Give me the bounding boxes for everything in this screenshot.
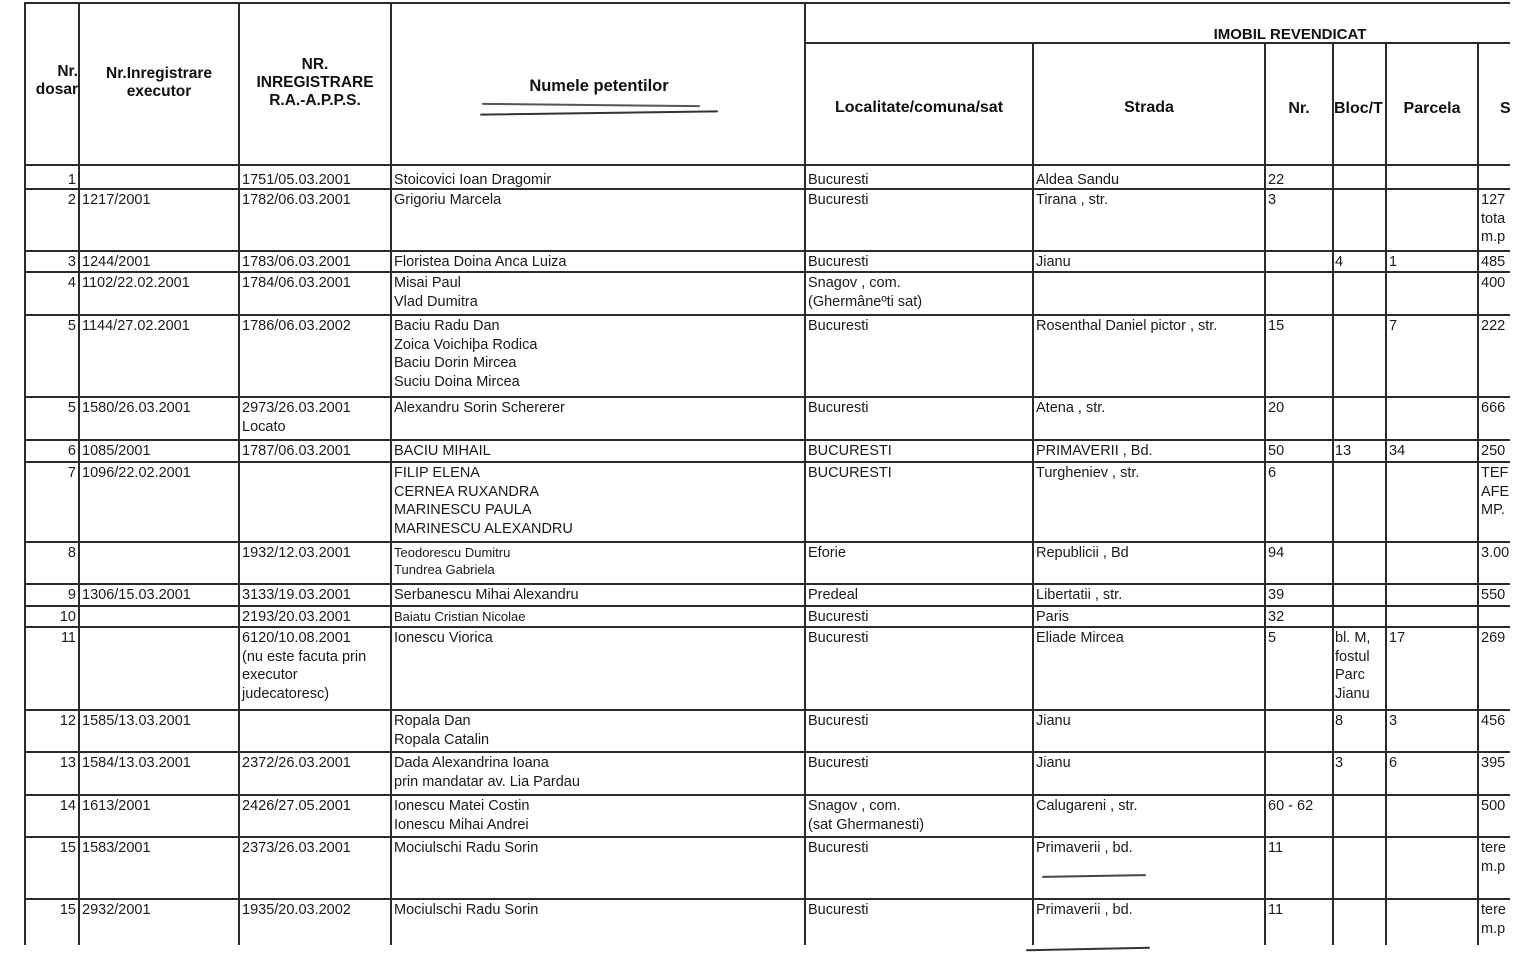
cell-dosar: 14 xyxy=(24,797,76,816)
cell-executor: 1244/2001 xyxy=(82,253,236,272)
cell-localitate: Bucuresti xyxy=(808,901,1030,920)
cell-suprafata: 3.00 xyxy=(1481,544,1519,563)
cell-ra: 2372/26.03.2001 xyxy=(242,754,390,773)
cell-strada: Paris xyxy=(1036,608,1264,627)
cell-petenti: Baciu Radu Dan Zoica Voichiþa Rodica Bac… xyxy=(394,317,802,391)
row-divider xyxy=(24,794,1510,796)
column-divider xyxy=(1032,42,1034,945)
pen-underline xyxy=(482,103,700,107)
cell-suprafata: 127 tota m.p xyxy=(1481,191,1519,247)
cell-strada: Republicii , Bd xyxy=(1036,544,1264,563)
cell-ra: 1787/06.03.2001 xyxy=(242,442,390,461)
header-parcela: Parcela xyxy=(1388,100,1476,118)
cell-suprafata: 456 xyxy=(1481,712,1519,731)
cell-petenti: Stoicovici Ioan Dragomir xyxy=(394,171,802,190)
cell-bloc: 8 xyxy=(1335,712,1385,731)
column-divider xyxy=(1332,42,1334,945)
row-divider xyxy=(24,836,1510,838)
cell-dosar: 3 xyxy=(24,253,76,272)
cell-parcela: 6 xyxy=(1389,754,1475,773)
cell-petenti: Baiatu Cristian Nicolae xyxy=(394,608,802,625)
cell-localitate: Bucuresti xyxy=(808,317,1030,336)
cell-dosar: 12 xyxy=(24,712,76,731)
header-nr-inregistrare-executor: Nr.Inregistrare executor xyxy=(80,65,238,101)
cell-executor: 1096/22.02.2001 xyxy=(82,464,236,483)
cell-strada: Jianu xyxy=(1036,754,1264,773)
cell-petenti: Grigoriu Marcela xyxy=(394,191,802,210)
cell-localitate: Bucuresti xyxy=(808,712,1030,731)
cell-nr: 94 xyxy=(1268,544,1332,563)
cell-localitate: Snagov , com. (Ghermâneºti sat) xyxy=(808,274,1030,311)
column-divider xyxy=(78,2,80,945)
cell-localitate: Bucuresti xyxy=(808,399,1030,418)
cell-petenti: Dada Alexandrina Ioana prin mandatar av.… xyxy=(394,754,802,791)
row-divider xyxy=(24,250,1510,252)
cell-localitate: Bucuresti xyxy=(808,754,1030,773)
cell-nr: 11 xyxy=(1268,901,1332,920)
cell-localitate: BUCURESTI xyxy=(808,442,1030,461)
cell-petenti: Ionescu Matei Costin Ionescu Mihai Andre… xyxy=(394,797,802,834)
row-divider xyxy=(24,605,1510,607)
cell-localitate: BUCURESTI xyxy=(808,464,1030,483)
cell-localitate: Bucuresti xyxy=(808,839,1030,858)
row-divider xyxy=(24,2,1510,4)
column-divider xyxy=(1264,42,1266,945)
cell-executor: 2932/2001 xyxy=(82,901,236,920)
cell-strada: Aldea Sandu xyxy=(1036,171,1264,190)
cell-dosar: 15 xyxy=(24,901,76,920)
cell-ra: 2373/26.03.2001 xyxy=(242,839,390,858)
cell-petenti: Ionescu Viorica xyxy=(394,629,802,648)
cell-suprafata: 666 xyxy=(1481,399,1519,418)
cell-ra: 1932/12.03.2001 xyxy=(242,544,390,563)
column-divider xyxy=(1385,42,1387,945)
row-divider xyxy=(24,164,1510,166)
cell-ra: 6120/10.08.2001 (nu este facuta prin exe… xyxy=(242,629,390,703)
cell-nr: 60 - 62 xyxy=(1268,797,1332,816)
cell-localitate: Eforie xyxy=(808,544,1030,563)
column-divider xyxy=(1477,42,1479,945)
header-numele-petentilor: Numele petentilor xyxy=(394,77,804,95)
cell-executor: 1102/22.02.2001 xyxy=(82,274,236,293)
cell-dosar: 13 xyxy=(24,754,76,773)
cell-executor: 1580/26.03.2001 xyxy=(82,399,236,418)
cell-dosar: 5 xyxy=(24,399,76,418)
cell-strada: Primaverii , bd. xyxy=(1036,839,1264,858)
row-divider xyxy=(24,898,1510,900)
cell-strada: Eliade Mircea xyxy=(1036,629,1264,648)
cell-dosar: 7 xyxy=(24,464,76,483)
cell-petenti: Mociulschi Radu Sorin xyxy=(394,839,802,858)
cell-nr: 32 xyxy=(1268,608,1332,627)
cell-strada: Libertatii , str. xyxy=(1036,586,1264,605)
cell-suprafata: 250 xyxy=(1481,442,1519,461)
column-divider xyxy=(804,2,806,945)
cell-suprafata: 400 xyxy=(1481,274,1519,293)
cell-parcela: 7 xyxy=(1389,317,1475,336)
header-nr: Nr. xyxy=(1266,100,1332,118)
row-divider xyxy=(24,541,1510,543)
pen-underline xyxy=(480,110,718,115)
cell-dosar: 2 xyxy=(24,191,76,210)
cell-bloc: 13 xyxy=(1335,442,1385,461)
cell-dosar: 1 xyxy=(24,171,76,190)
cell-nr: 3 xyxy=(1268,191,1332,210)
cell-bloc: 3 xyxy=(1335,754,1385,773)
row-divider xyxy=(24,461,1510,463)
cell-ra: 1786/06.03.2002 xyxy=(242,317,390,336)
cell-strada: PRIMAVERII , Bd. xyxy=(1036,442,1264,461)
cell-suprafata: 550 xyxy=(1481,586,1519,605)
cell-executor: 1613/2001 xyxy=(82,797,236,816)
cell-nr: 11 xyxy=(1268,839,1332,858)
cell-bloc: 4 xyxy=(1335,253,1385,272)
cell-dosar: 8 xyxy=(24,544,76,563)
cell-ra: 1751/05.03.2001 xyxy=(242,171,390,190)
cell-ra: 2426/27.05.2001 xyxy=(242,797,390,816)
header-nr-dosar: Nr. dosar xyxy=(26,63,78,99)
cell-petenti: Alexandru Sorin Schererer xyxy=(394,399,802,418)
cell-petenti: Ropala Dan Ropala Catalin xyxy=(394,712,802,749)
cell-executor: 1306/15.03.2001 xyxy=(82,586,236,605)
cell-suprafata: 485 xyxy=(1481,253,1519,272)
cell-localitate: Bucuresti xyxy=(808,253,1030,272)
cell-petenti: Serbanescu Mihai Alexandru xyxy=(394,586,802,605)
cell-ra: 3133/19.03.2001 xyxy=(242,586,390,605)
row-divider xyxy=(24,751,1510,753)
cell-strada: Turgheniev , str. xyxy=(1036,464,1264,483)
cell-strada: Primaverii , bd. xyxy=(1036,901,1264,920)
cell-strada: Jianu xyxy=(1036,712,1264,731)
cell-executor: 1583/2001 xyxy=(82,839,236,858)
cell-dosar: 4 xyxy=(24,274,76,293)
cell-executor: 1217/2001 xyxy=(82,191,236,210)
cell-suprafata: TEF AFE MP. xyxy=(1481,464,1519,520)
cell-strada: Jianu xyxy=(1036,253,1264,272)
row-divider xyxy=(24,396,1510,398)
cell-dosar: 9 xyxy=(24,586,76,605)
cell-strada: Calugareni , str. xyxy=(1036,797,1264,816)
cell-parcela: 1 xyxy=(1389,253,1475,272)
cell-bloc: bl. M, fostul Parc Jianu xyxy=(1335,629,1385,703)
cell-nr: 50 xyxy=(1268,442,1332,461)
cell-petenti: Teodorescu Dumitru Tundrea Gabriela xyxy=(394,544,802,578)
cell-localitate: Predeal xyxy=(808,586,1030,605)
cell-ra: 1935/20.03.2002 xyxy=(242,901,390,920)
cell-petenti: FILIP ELENA CERNEA RUXANDRA MARINESCU PA… xyxy=(394,464,802,538)
cell-dosar: 11 xyxy=(24,629,76,648)
cell-parcela: 34 xyxy=(1389,442,1475,461)
cell-nr: 20 xyxy=(1268,399,1332,418)
cell-localitate: Bucuresti xyxy=(808,191,1030,210)
cell-localitate: Bucuresti xyxy=(808,171,1030,190)
header-strada: Strada xyxy=(1034,99,1264,117)
cell-suprafata: tere m.p xyxy=(1481,839,1519,876)
column-divider xyxy=(390,2,392,945)
cell-executor: 1585/13.03.2001 xyxy=(82,712,236,731)
header-bloc: Bloc/T xyxy=(1334,100,1386,118)
cell-suprafata: 222 xyxy=(1481,317,1519,336)
row-divider xyxy=(24,709,1510,711)
header-nr-inregistrare-ra: NR. INREGISTRARE R.A.-A.P.P.S. xyxy=(240,56,390,110)
pen-underline xyxy=(1042,874,1146,878)
cell-petenti: Mociulschi Radu Sorin xyxy=(394,901,802,920)
cell-dosar: 10 xyxy=(24,608,76,627)
cell-ra: 1783/06.03.2001 xyxy=(242,253,390,272)
cell-strada: Tirana , str. xyxy=(1036,191,1264,210)
pen-underline xyxy=(1026,947,1150,952)
row-divider xyxy=(24,583,1510,585)
cell-nr: 6 xyxy=(1268,464,1332,483)
cell-localitate: Snagov , com. (sat Ghermanesti) xyxy=(808,797,1030,834)
cell-dosar: 5 xyxy=(24,317,76,336)
cell-dosar: 15 xyxy=(24,839,76,858)
cell-nr: 5 xyxy=(1268,629,1332,648)
cell-strada: Rosenthal Daniel pictor , str. xyxy=(1036,317,1264,336)
cell-executor: 1085/2001 xyxy=(82,442,236,461)
cell-localitate: Bucuresti xyxy=(808,629,1030,648)
column-divider xyxy=(238,2,240,945)
header-localitate: Localitate/comuna/sat xyxy=(808,99,1030,117)
cell-suprafata: 395 xyxy=(1481,754,1519,773)
cell-localitate: Bucuresti xyxy=(808,608,1030,627)
cell-parcela: 17 xyxy=(1389,629,1475,648)
cell-ra: 2973/26.03.2001 Locato xyxy=(242,399,390,436)
row-divider xyxy=(24,439,1510,441)
cell-parcela: 3 xyxy=(1389,712,1475,731)
header-suprafata: S xyxy=(1500,100,1520,118)
header-imobil-revendicat: IMOBIL REVENDICAT xyxy=(1040,26,1520,44)
cell-petenti: Floristea Doina Anca Luiza xyxy=(394,253,802,272)
cell-executor: 1144/27.02.2001 xyxy=(82,317,236,336)
cell-ra: 2193/20.03.2001 xyxy=(242,608,390,627)
cell-ra: 1784/06.03.2001 xyxy=(242,274,390,293)
cell-strada: Atena , str. xyxy=(1036,399,1264,418)
cell-dosar: 6 xyxy=(24,442,76,461)
cell-suprafata: 269 xyxy=(1481,629,1519,648)
cell-petenti: BACIU MIHAIL xyxy=(394,442,802,461)
cell-petenti: Misai Paul Vlad Dumitra xyxy=(394,274,802,311)
cell-nr: 15 xyxy=(1268,317,1332,336)
cell-suprafata: tere m.p xyxy=(1481,901,1519,938)
cell-executor: 1584/13.03.2001 xyxy=(82,754,236,773)
cell-nr: 39 xyxy=(1268,586,1332,605)
cell-ra: 1782/06.03.2001 xyxy=(242,191,390,210)
cell-suprafata: 500 xyxy=(1481,797,1519,816)
cell-nr: 22 xyxy=(1268,171,1332,190)
row-divider xyxy=(24,314,1510,316)
